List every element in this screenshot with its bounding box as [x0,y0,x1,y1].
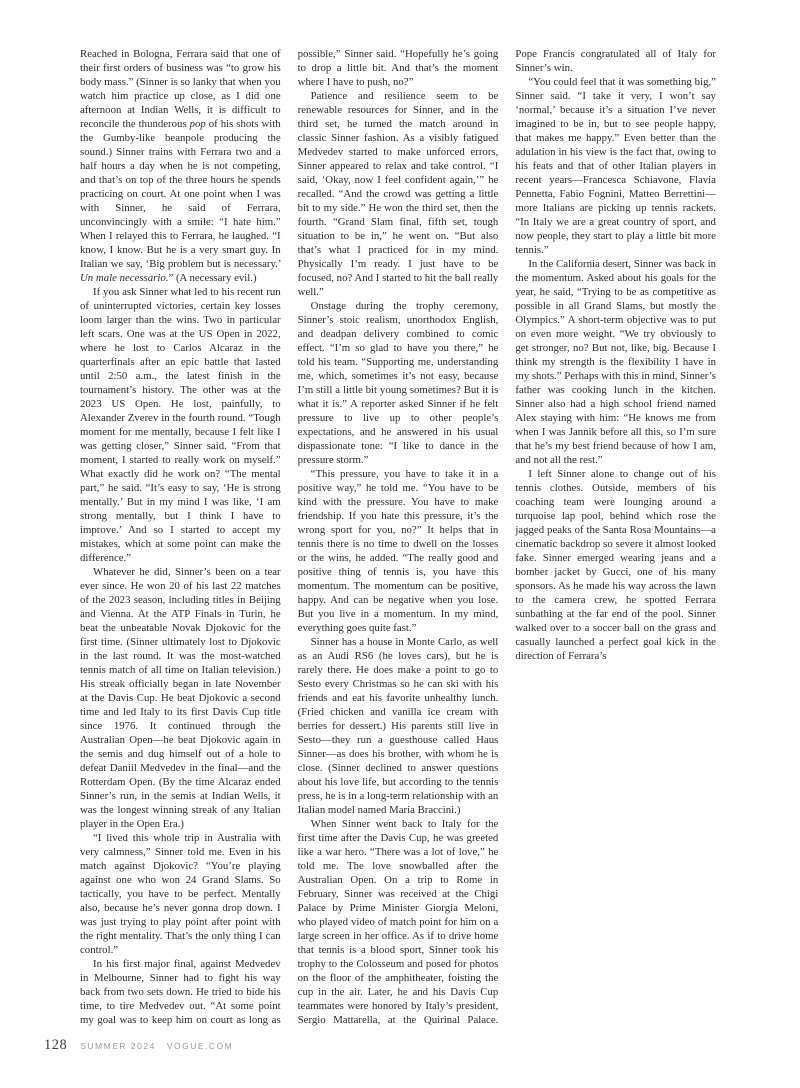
article-paragraph: If you ask Sinner what led to his recent… [80,285,281,565]
page-number: 128 [44,1037,67,1054]
article-paragraph: Whatever he did, Sinner’s been on a tear… [80,565,281,831]
article-paragraph: “I lived this whole trip in Australia wi… [80,831,281,957]
article-paragraph: I left Sinner alone to change out of his… [515,467,716,663]
page-footer: 128 SUMMER 2024 VOGUE.COM [44,1037,233,1054]
article-paragraph: “This pressure, you have to take it in a… [298,467,499,635]
article-paragraph: Onstage during the trophy ceremony, Sinn… [298,299,499,467]
article-body: Reached in Bologna, Ferrara said that on… [80,47,716,1039]
site-label: VOGUE.COM [167,1041,233,1051]
magazine-page: Reached in Bologna, Ferrara said that on… [0,0,800,1088]
article-paragraph: “You could feel that it was something bi… [515,75,716,257]
issue-label: SUMMER 2024 [80,1041,156,1051]
article-paragraph: Reached in Bologna, Ferrara said that on… [80,47,281,285]
article-paragraph: In the California desert, Sinner was bac… [515,257,716,467]
article-paragraph: Sinner has a house in Monte Carlo, as we… [298,635,499,817]
article-paragraph: Patience and resilience seem to be renew… [298,89,499,299]
